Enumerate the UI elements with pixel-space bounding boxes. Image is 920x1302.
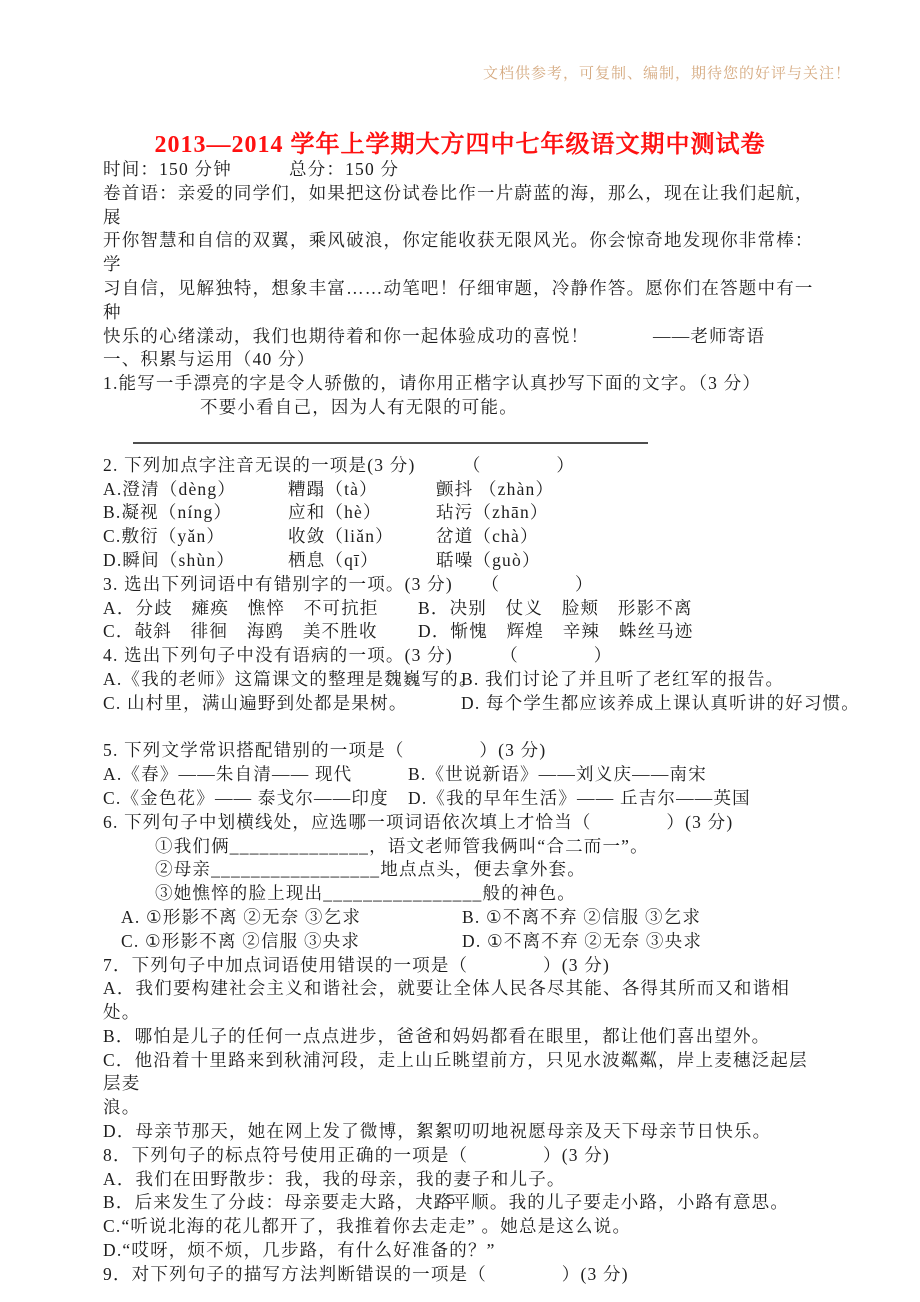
q2-option-d2: 栖息（qī） xyxy=(288,549,436,573)
answer-divider xyxy=(103,420,823,454)
q2-option-row: B.凝视（níng） 应和（hè） 玷污（zhān） xyxy=(103,501,823,525)
q4-option-row: C. 山村里，满山遍野到处都是果树。 D. 每个学生都应该养成上课认真听讲的好习… xyxy=(103,692,823,716)
meta-line: 时间：150 分钟 总分：150 分 xyxy=(103,158,823,182)
teacher-signature: ——老师寄语 xyxy=(653,325,765,349)
document-body: 时间：150 分钟 总分：150 分 卷首语：亲爱的同学们，如果把这份试卷比作一… xyxy=(103,158,823,1287)
meta-total: 总分：150 分 xyxy=(289,158,399,182)
q6-option-row: A. ①形影不离 ②无奈 ③乞求 B. ①不离不弃 ②信服 ③乞求 xyxy=(103,906,823,930)
preamble-line: 快乐的心绪漾动，我们也期待着和你一起体验成功的喜悦！ ——老师寄语 xyxy=(103,325,823,349)
q3-option-b: B．决别 仗义 脸颊 形影不离 xyxy=(418,597,693,621)
preamble-line: 习自信，见解独特，想象丰富……动笔吧！仔细审题，冷静作答。愿你们在答题中有一种 xyxy=(103,277,823,325)
blank-line xyxy=(103,716,823,740)
q6-fill-sentence-3: ③她憔悴的脸上现出________________般的神色。 xyxy=(103,882,823,906)
q5-option-c: C.《金色花》—— 泰戈尔——印度 xyxy=(103,787,408,811)
q7-stem: 7．下列句子中加点词语使用错误的一项是（ ）(3 分) xyxy=(103,954,823,978)
q8-option-a: A．我们在田野散步：我，我的母亲，我的妻子和儿子。 xyxy=(103,1168,823,1192)
q2-option-b2: 应和（hè） xyxy=(288,501,436,525)
q8-stem: 8．下列句子的标点符号使用正确的一项是（ ）(3 分) xyxy=(103,1144,823,1168)
q4-option-a: A.《我的老师》这篇课文的整理是魏巍写的。 xyxy=(103,668,461,692)
preamble-line: 开你智慧和自信的双翼，乘风破浪，你定能收获无限风光。你会惊奇地发现你非常棒：学 xyxy=(103,229,823,277)
document-page: 文档供参考，可复制、编制，期待您的好评与关注！ 2013—2014 学年上学期大… xyxy=(0,0,920,1302)
q2-option-b3: 玷污（zhān） xyxy=(436,501,549,525)
q7-option-a: A．我们要构建社会主义和谐社会，就要让全体人民各尽其能、各得其所而又和谐相处。 xyxy=(103,977,823,1025)
section-heading: 一、积累与运用（40 分） xyxy=(103,348,823,372)
q5-option-row: A.《春》——朱自清—— 现代 B.《世说新语》——刘义庆——南宋 xyxy=(103,763,823,787)
q9-stem: 9．对下列句子的描写方法判断错误的一项是（ ）(3 分) xyxy=(103,1263,823,1287)
q2-option-a1: A.澄清（dèng） xyxy=(103,478,288,502)
q6-option-b: B. ①不离不弃 ②信服 ③乞求 xyxy=(462,906,701,930)
q4-option-row: A.《我的老师》这篇课文的整理是魏巍写的。 B. 我们讨论了并且听了老红军的报告… xyxy=(103,668,823,692)
q2-option-c2: 收敛（liǎn） xyxy=(288,525,436,549)
q3-option-d: D．惭愧 辉煌 辛辣 蛛丝马迹 xyxy=(418,620,694,644)
q2-option-row: D.瞬间（shùn） 栖息（qī） 聒噪（guò） xyxy=(103,549,823,573)
q6-fill-sentence-2: ②母亲_________________地点点头，便去拿外套。 xyxy=(103,858,823,882)
q3-option-c: C．敧斜 徘徊 海鸥 美不胜收 xyxy=(103,620,418,644)
q7-option-b: B．哪怕是儿子的任何一点点进步，爸爸和妈妈都看在眼里，都让他们喜出望外。 xyxy=(103,1025,823,1049)
q6-stem: 6. 下列句子中划横线处，应选哪一项词语依次填上才恰当（ ）(3 分) xyxy=(103,811,823,835)
q5-option-b: B.《世说新语》——刘义庆——南宋 xyxy=(408,763,707,787)
q2-option-a2: 糟蹋（tà） xyxy=(288,478,436,502)
q2-option-row: C.敷衍（yǎn） 收敛（liǎn） 岔道（chà） xyxy=(103,525,823,549)
q8-option-c: C.“听说北海的花儿都开了，我推着你去走走” 。她总是这么说。 xyxy=(103,1215,823,1239)
q2-option-d3: 聒噪（guò） xyxy=(436,549,541,573)
q2-option-d1: D.瞬间（shùn） xyxy=(103,549,288,573)
preamble-line: 卷首语：亲爱的同学们，如果把这份试卷比作一片蔚蓝的海，那么，现在让我们起航，展 xyxy=(103,182,823,230)
q7-option-c: C．他沿着十里路来到秋浦河段，走上山丘眺望前方，只见水波粼粼，岸上麦穗泛起层层麦 xyxy=(103,1049,823,1097)
q8-option-d: D.“哎呀，烦不烦，几步路，有什么好准备的？” xyxy=(103,1239,823,1263)
q7-option-d: D．母亲节那天，她在网上发了微博，絮絮叨叨地祝愿母亲及天下母亲节日快乐。 xyxy=(103,1120,823,1144)
q6-option-a: A. ①形影不离 ②无奈 ③乞求 xyxy=(121,906,462,930)
q2-option-a3: 颤抖 （zhàn） xyxy=(436,478,554,502)
q2-option-c3: 岔道（chà） xyxy=(436,525,539,549)
page-number: 1 / 5 xyxy=(0,1192,880,1209)
q6-option-d: D. ①不离不弃 ②无奈 ③央求 xyxy=(462,930,702,954)
q4-option-b: B. 我们讨论了并且听了老红军的报告。 xyxy=(461,668,784,692)
q4-option-c: C. 山村里，满山遍野到处都是果树。 xyxy=(103,692,461,716)
q4-stem: 4. 选出下列句子中没有语病的一项。(3 分) （ ） xyxy=(103,644,823,668)
q6-option-c: C. ①形影不离 ②信服 ③央求 xyxy=(121,930,462,954)
q4-option-d: D. 每个学生都应该养成上课认真听讲的好习惯。 xyxy=(461,692,860,716)
q5-option-d: D.《我的早年生活》—— 丘吉尔——英国 xyxy=(408,787,751,811)
q2-stem: 2. 下列加点字注音无误的一项是(3 分) （ ） xyxy=(103,454,823,478)
q7-option-c-wrap: 浪。 xyxy=(103,1096,823,1120)
q3-option-a: A．分歧 瘫痪 憔悴 不可抗拒 xyxy=(103,597,418,621)
watermark-text: 文档供参考，可复制、编制，期待您的好评与关注！ xyxy=(0,62,851,83)
divider-rule xyxy=(133,442,648,444)
q2-option-b1: B.凝视（níng） xyxy=(103,501,288,525)
preamble-line-left: 快乐的心绪漾动，我们也期待着和你一起体验成功的喜悦！ xyxy=(103,325,653,349)
q5-option-row: C.《金色花》—— 泰戈尔——印度 D.《我的早年生活》—— 丘吉尔——英国 xyxy=(103,787,823,811)
q3-option-row: A．分歧 瘫痪 憔悴 不可抗拒 B．决别 仗义 脸颊 形影不离 xyxy=(103,597,823,621)
q2-option-c1: C.敷衍（yǎn） xyxy=(103,525,288,549)
q1-stem: 1.能写一手漂亮的字是令人骄傲的，请你用正楷字认真抄写下面的文字。（3 分） xyxy=(103,372,823,396)
q5-stem: 5. 下列文学常识搭配错别的一项是（ ）(3 分) xyxy=(103,739,823,763)
q3-option-row: C．敧斜 徘徊 海鸥 美不胜收 D．惭愧 辉煌 辛辣 蛛丝马迹 xyxy=(103,620,823,644)
q5-option-a: A.《春》——朱自清—— 现代 xyxy=(103,763,408,787)
q6-fill-sentence-1: ①我们俩______________，语文老师管我俩叫“合二而一”。 xyxy=(103,835,823,859)
q6-option-row: C. ①形影不离 ②信服 ③央求 D. ①不离不弃 ②无奈 ③央求 xyxy=(103,930,823,954)
page-title: 2013—2014 学年上学期大方四中七年级语文期中测试卷 xyxy=(0,124,920,159)
q3-stem: 3. 选出下列词语中有错别字的一项。(3 分) （ ） xyxy=(103,573,823,597)
q2-option-row: A.澄清（dèng） 糟蹋（tà） 颤抖 （zhàn） xyxy=(103,478,823,502)
q1-copy-text: 不要小看自己，因为人有无限的可能。 xyxy=(103,396,823,420)
meta-time: 时间：150 分钟 xyxy=(103,158,289,182)
